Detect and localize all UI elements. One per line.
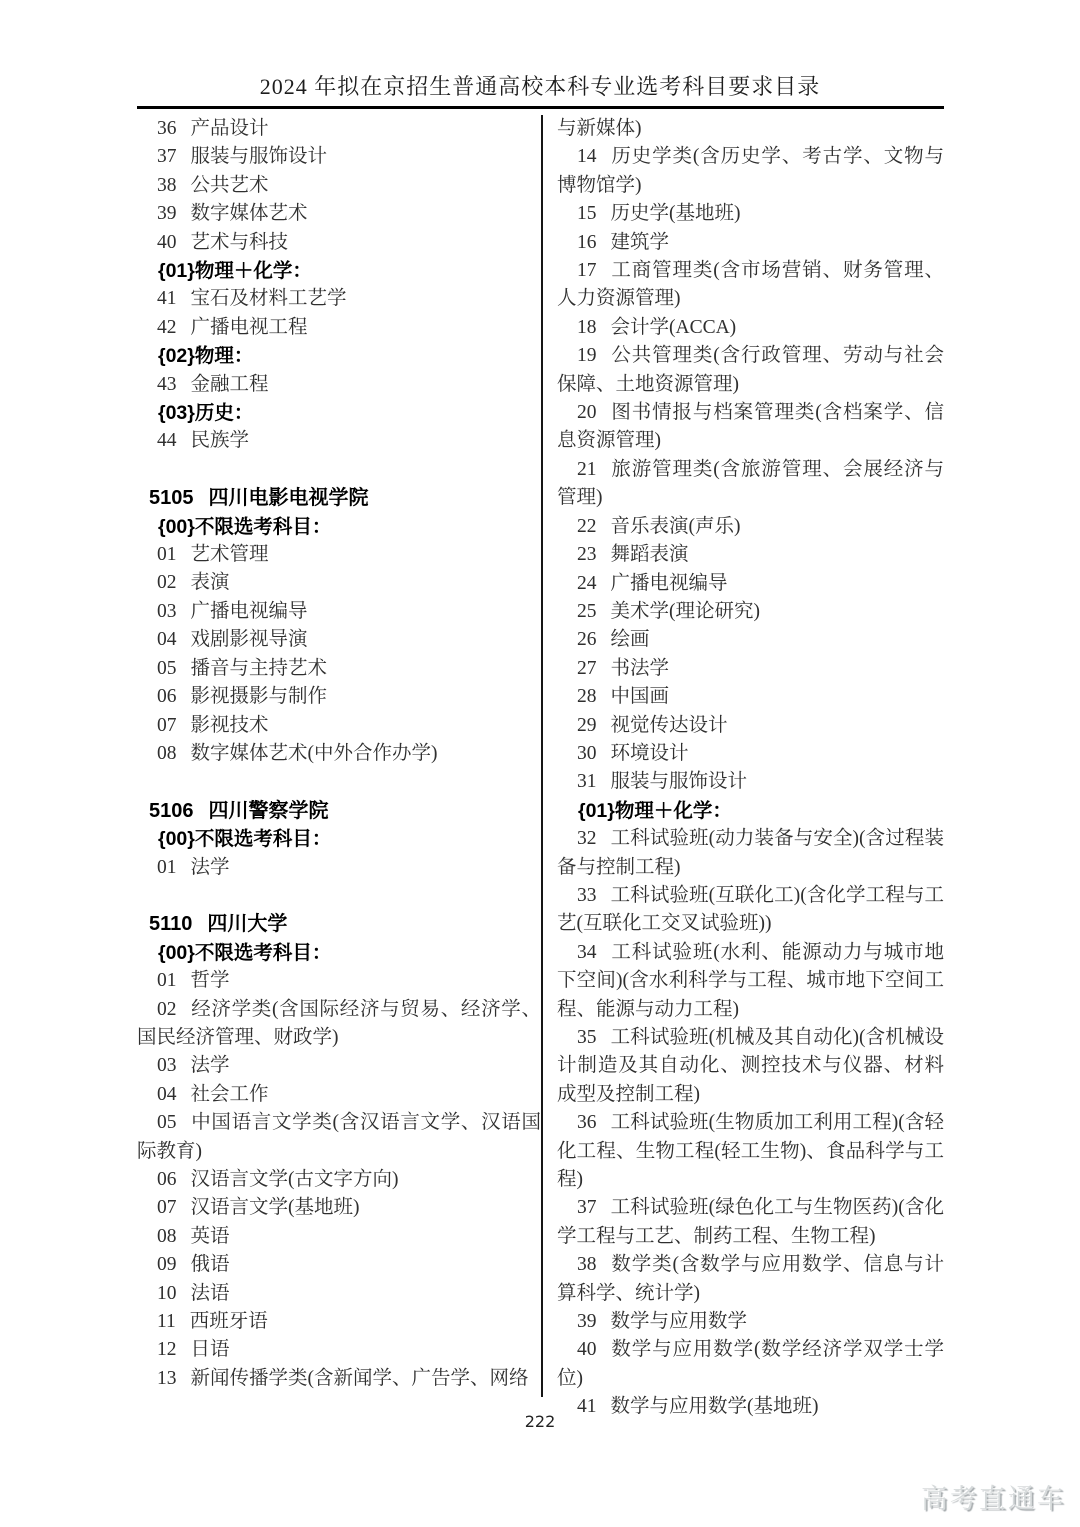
line-code: 03 bbox=[157, 1055, 177, 1076]
catalog-line: 15历史学(基地班) bbox=[557, 200, 944, 228]
line-text: 工商管理类(含市场营销、财务管理、人力资源管理) bbox=[557, 260, 944, 309]
catalog-line: 01法学 bbox=[137, 854, 541, 882]
catalog-line: 02经济学类(含国际经济与贸易、经济学、国民经济管理、财政学) bbox=[137, 996, 541, 1053]
catalog-line: {02}物理： bbox=[137, 342, 541, 370]
line-code: 36 bbox=[157, 118, 177, 139]
line-code: 01 bbox=[157, 544, 177, 565]
line-code: 5110 bbox=[149, 913, 192, 935]
line-code: 11 bbox=[157, 1311, 176, 1332]
line-text: 舞蹈表演 bbox=[611, 544, 689, 565]
line-text: 数学与应用数学(数学经济学双学士学位) bbox=[557, 1339, 944, 1388]
line-text: 四川电影电视学院 bbox=[209, 487, 369, 509]
line-code: 07 bbox=[157, 715, 177, 736]
catalog-line: 44民族学 bbox=[137, 427, 541, 455]
line-text: 建筑学 bbox=[611, 232, 670, 253]
line-code: 27 bbox=[577, 658, 597, 679]
line-text: 表演 bbox=[191, 572, 230, 593]
catalog-line: 02表演 bbox=[137, 569, 541, 597]
line-text: 四川警察学院 bbox=[209, 800, 329, 822]
catalog-line: 05中国语言文学类(含汉语言文学、汉语国际教育) bbox=[137, 1109, 541, 1166]
catalog-line: 5110四川大学 bbox=[137, 910, 541, 938]
catalog-line: {00}不限选考科目： bbox=[137, 939, 541, 967]
catalog-line: 07影视技术 bbox=[137, 712, 541, 740]
catalog-line: 20图书情报与档案管理类(含档案学、信息资源管理) bbox=[557, 399, 944, 456]
line-text: 历史学类(含历史学、考古学、文物与博物馆学) bbox=[557, 146, 944, 195]
line-code: 32 bbox=[577, 828, 597, 849]
line-code: 35 bbox=[577, 1027, 597, 1048]
line-text: 影视技术 bbox=[191, 715, 269, 736]
left-column: 36产品设计37服装与服饰设计38公共艺术39数字媒体艺术40艺术与科技{01}… bbox=[137, 115, 541, 1393]
column-divider bbox=[541, 115, 543, 1397]
line-text: 中国画 bbox=[611, 686, 670, 707]
line-text: 广播电视工程 bbox=[191, 317, 308, 338]
line-code: 33 bbox=[577, 885, 597, 906]
line-text: 艺术管理 bbox=[191, 544, 269, 565]
line-code: 04 bbox=[157, 1084, 177, 1105]
line-text: 汉语言文学(古文字方向) bbox=[191, 1169, 399, 1190]
catalog-line: {03}历史： bbox=[137, 399, 541, 427]
line-code: 40 bbox=[157, 232, 177, 253]
line-code: 02 bbox=[157, 999, 177, 1020]
line-text: 广播电视编导 bbox=[611, 573, 728, 594]
catalog-line: 41宝石及材料工艺学 bbox=[137, 285, 541, 313]
catalog-line bbox=[137, 768, 541, 796]
line-code: 28 bbox=[577, 686, 597, 707]
line-text: 服装与服饰设计 bbox=[191, 146, 328, 167]
line-text: 公共管理类(含行政管理、劳动与社会保障、土地资源管理) bbox=[557, 345, 944, 394]
line-code: 40 bbox=[577, 1339, 597, 1360]
line-code: 20 bbox=[577, 402, 597, 423]
line-code: 05 bbox=[157, 1112, 177, 1133]
line-code: 31 bbox=[577, 771, 597, 792]
catalog-line: 37服装与服饰设计 bbox=[137, 143, 541, 171]
line-text: 工科试验班(动力装备与安全)(含过程装备与控制工程) bbox=[557, 828, 944, 877]
line-text: 日语 bbox=[191, 1339, 230, 1360]
line-code: 5105 bbox=[149, 487, 194, 509]
catalog-line: 43金融工程 bbox=[137, 371, 541, 399]
line-code: 34 bbox=[577, 942, 597, 963]
catalog-line: 31服装与服饰设计 bbox=[557, 768, 944, 796]
line-code: 12 bbox=[157, 1339, 177, 1360]
line-code: 06 bbox=[157, 1169, 177, 1190]
line-text: 社会工作 bbox=[191, 1084, 269, 1105]
line-text: 数字媒体艺术(中外合作办学) bbox=[191, 743, 438, 764]
catalog-line: 33工科试验班(互联化工)(含化学工程与工艺(互联化工交叉试验班)) bbox=[557, 882, 944, 939]
line-text: 法学 bbox=[191, 857, 230, 878]
catalog-line: 42广播电视工程 bbox=[137, 314, 541, 342]
line-code: 42 bbox=[157, 317, 177, 338]
catalog-line: 14历史学类(含历史学、考古学、文物与博物馆学) bbox=[557, 143, 944, 200]
line-text: 西班牙语 bbox=[190, 1311, 268, 1332]
line-text: 视觉传达设计 bbox=[611, 715, 728, 736]
line-code: 29 bbox=[577, 715, 597, 736]
line-text: 工科试验班(水利、能源动力与城市地下空间)(含水利科学与工程、城市地下空间工程、… bbox=[557, 942, 944, 1020]
catalog-line: 18会计学(ACCA) bbox=[557, 314, 944, 342]
line-text: 哲学 bbox=[191, 970, 230, 991]
line-code: 18 bbox=[577, 317, 597, 338]
line-code: 16 bbox=[577, 232, 597, 253]
line-code: 03 bbox=[157, 601, 177, 622]
catalog-line: 与新媒体) bbox=[557, 115, 944, 143]
catalog-line: 19公共管理类(含行政管理、劳动与社会保障、土地资源管理) bbox=[557, 342, 944, 399]
line-text: 法语 bbox=[191, 1283, 230, 1304]
line-text: {03}历史： bbox=[158, 402, 253, 424]
catalog-line: 03广播电视编导 bbox=[137, 598, 541, 626]
line-text: 与新媒体) bbox=[557, 118, 642, 139]
line-text: {00}不限选考科目： bbox=[158, 516, 331, 538]
line-text: 广播电视编导 bbox=[191, 601, 308, 622]
line-text: 俄语 bbox=[191, 1254, 230, 1275]
catalog-line: 27书法学 bbox=[557, 655, 944, 683]
catalog-line: 13新闻传播学类(含新闻学、广告学、网络 bbox=[137, 1365, 541, 1393]
catalog-line: 32工科试验班(动力装备与安全)(含过程装备与控制工程) bbox=[557, 825, 944, 882]
catalog-line: 26绘画 bbox=[557, 626, 944, 654]
catalog-line: 5105四川电影电视学院 bbox=[137, 484, 541, 512]
line-text: {01}物理＋化学： bbox=[578, 800, 732, 822]
line-text: 法学 bbox=[191, 1055, 230, 1076]
line-text: 播音与主持艺术 bbox=[191, 658, 328, 679]
catalog-line: 38公共艺术 bbox=[137, 172, 541, 200]
catalog-line: 30环境设计 bbox=[557, 740, 944, 768]
line-text: 书法学 bbox=[611, 658, 670, 679]
line-code: 14 bbox=[577, 146, 597, 167]
catalog-line: 08数字媒体艺术(中外合作办学) bbox=[137, 740, 541, 768]
catalog-line: 34工科试验班(水利、能源动力与城市地下空间)(含水利科学与工程、城市地下空间工… bbox=[557, 939, 944, 1024]
line-code: 38 bbox=[157, 175, 177, 196]
catalog-line: 39数学与应用数学 bbox=[557, 1308, 944, 1336]
catalog-line: 05播音与主持艺术 bbox=[137, 655, 541, 683]
line-code: 15 bbox=[577, 203, 597, 224]
line-text: 工科试验班(机械及其自动化)(含机械设计制造及其自动化、测控技术与仪器、材料成型… bbox=[557, 1027, 944, 1105]
line-code: 24 bbox=[577, 573, 597, 594]
line-text: 服装与服饰设计 bbox=[611, 771, 748, 792]
catalog-line: {00}不限选考科目： bbox=[137, 825, 541, 853]
line-text: 艺术与科技 bbox=[191, 232, 289, 253]
catalog-line: 25美术学(理论研究) bbox=[557, 598, 944, 626]
line-code: 06 bbox=[157, 686, 177, 707]
header-rule bbox=[137, 106, 944, 109]
line-code: 19 bbox=[577, 345, 597, 366]
catalog-line: 12日语 bbox=[137, 1336, 541, 1364]
catalog-line: 40数学与应用数学(数学经济学双学士学位) bbox=[557, 1336, 944, 1393]
line-code: 21 bbox=[577, 459, 597, 480]
line-code: 39 bbox=[577, 1311, 597, 1332]
line-text: {02}物理： bbox=[158, 345, 253, 367]
catalog-line: {00}不限选考科目： bbox=[137, 513, 541, 541]
line-code: 43 bbox=[157, 374, 177, 395]
line-code: 07 bbox=[157, 1197, 177, 1218]
catalog-line: 21旅游管理类(含旅游管理、会展经济与管理) bbox=[557, 456, 944, 513]
catalog-line: 11西班牙语 bbox=[137, 1308, 541, 1336]
line-text: 影视摄影与制作 bbox=[191, 686, 328, 707]
line-code: 37 bbox=[157, 146, 177, 167]
line-text: 新闻传播学类(含新闻学、广告学、网络 bbox=[191, 1368, 529, 1389]
line-code: 08 bbox=[157, 743, 177, 764]
line-text: 美术学(理论研究) bbox=[611, 601, 761, 622]
line-text: 环境设计 bbox=[611, 743, 689, 764]
line-text: 经济学类(含国际经济与贸易、经济学、国民经济管理、财政学) bbox=[137, 999, 541, 1048]
watermark-text: 高考直通车 bbox=[921, 1477, 1066, 1516]
catalog-line: 5106四川警察学院 bbox=[137, 797, 541, 825]
catalog-line: 07汉语言文学(基地班) bbox=[137, 1194, 541, 1222]
line-text: 宝石及材料工艺学 bbox=[191, 288, 347, 309]
catalog-line: 29视觉传达设计 bbox=[557, 712, 944, 740]
line-text: 金融工程 bbox=[191, 374, 269, 395]
line-text: 戏剧影视导演 bbox=[191, 629, 308, 650]
catalog-line: 28中国画 bbox=[557, 683, 944, 711]
line-text: 四川大学 bbox=[207, 913, 287, 935]
line-code: 04 bbox=[157, 629, 177, 650]
line-code: 09 bbox=[157, 1254, 177, 1275]
line-text: 旅游管理类(含旅游管理、会展经济与管理) bbox=[557, 459, 944, 508]
catalog-line: 03法学 bbox=[137, 1052, 541, 1080]
catalog-columns: 36产品设计37服装与服饰设计38公共艺术39数字媒体艺术40艺术与科技{01}… bbox=[137, 115, 944, 1422]
line-text: 英语 bbox=[191, 1226, 230, 1247]
catalog-line: {01}物理＋化学： bbox=[137, 257, 541, 285]
line-code: 38 bbox=[577, 1254, 597, 1275]
catalog-line: 35工科试验班(机械及其自动化)(含机械设计制造及其自动化、测控技术与仪器、材料… bbox=[557, 1024, 944, 1109]
catalog-line: 36工科试验班(生物质加工利用工程)(含轻化工程、生物工程(轻工生物)、食品科学… bbox=[557, 1109, 944, 1194]
line-code: 30 bbox=[577, 743, 597, 764]
page-title: 2024 年拟在京招生普通高校本科专业选考科目要求目录 bbox=[0, 70, 1080, 101]
line-code: 23 bbox=[577, 544, 597, 565]
line-code: 02 bbox=[157, 572, 177, 593]
line-code: 26 bbox=[577, 629, 597, 650]
line-text: 绘画 bbox=[611, 629, 650, 650]
line-code: 10 bbox=[157, 1283, 177, 1304]
line-text: 数学类(含数学与应用数学、信息与计算科学、统计学) bbox=[557, 1254, 944, 1303]
catalog-line: 04社会工作 bbox=[137, 1081, 541, 1109]
catalog-line: 37工科试验班(绿色化工与生物医药)(含化学工程与工艺、制药工程、生物工程) bbox=[557, 1194, 944, 1251]
line-text: {00}不限选考科目： bbox=[158, 828, 331, 850]
line-text: {01}物理＋化学： bbox=[158, 260, 312, 282]
page-number: 222 bbox=[0, 1412, 1080, 1431]
line-code: 01 bbox=[157, 857, 177, 878]
line-text: 数字媒体艺术 bbox=[191, 203, 308, 224]
line-text: 图书情报与档案管理类(含档案学、信息资源管理) bbox=[557, 402, 944, 451]
catalog-line: 04戏剧影视导演 bbox=[137, 626, 541, 654]
catalog-line: 01哲学 bbox=[137, 967, 541, 995]
line-text: 工科试验班(互联化工)(含化学工程与工艺(互联化工交叉试验班)) bbox=[557, 885, 944, 934]
catalog-line: 06汉语言文学(古文字方向) bbox=[137, 1166, 541, 1194]
catalog-line: {01}物理＋化学： bbox=[557, 797, 944, 825]
catalog-line: 06影视摄影与制作 bbox=[137, 683, 541, 711]
line-code: 01 bbox=[157, 970, 177, 991]
catalog-line: 22音乐表演(声乐) bbox=[557, 513, 944, 541]
line-text: 音乐表演(声乐) bbox=[611, 516, 741, 537]
line-code: 39 bbox=[157, 203, 177, 224]
document-page: 2024 年拟在京招生普通高校本科专业选考科目要求目录 36产品设计37服装与服… bbox=[0, 0, 1080, 1527]
catalog-line: 36产品设计 bbox=[137, 115, 541, 143]
line-code: 37 bbox=[577, 1197, 597, 1218]
line-text: 中国语言文学类(含汉语言文学、汉语国际教育) bbox=[137, 1112, 541, 1161]
line-text: 历史学(基地班) bbox=[611, 203, 741, 224]
line-code: 13 bbox=[157, 1368, 177, 1389]
line-code: 25 bbox=[577, 601, 597, 622]
catalog-line: 10法语 bbox=[137, 1280, 541, 1308]
catalog-line: 08英语 bbox=[137, 1223, 541, 1251]
line-text: {00}不限选考科目： bbox=[158, 942, 331, 964]
line-text: 工科试验班(绿色化工与生物医药)(含化学工程与工艺、制药工程、生物工程) bbox=[557, 1197, 944, 1246]
line-code: 5106 bbox=[149, 800, 194, 822]
catalog-line: 40艺术与科技 bbox=[137, 229, 541, 257]
catalog-line: 23舞蹈表演 bbox=[557, 541, 944, 569]
catalog-line bbox=[137, 456, 541, 484]
line-text: 汉语言文学(基地班) bbox=[191, 1197, 360, 1218]
line-text: 民族学 bbox=[191, 430, 250, 451]
catalog-line: 09俄语 bbox=[137, 1251, 541, 1279]
catalog-line: 24广播电视编导 bbox=[557, 570, 944, 598]
line-text: 产品设计 bbox=[191, 118, 269, 139]
line-code: 44 bbox=[157, 430, 177, 451]
line-code: 36 bbox=[577, 1112, 597, 1133]
line-code: 41 bbox=[157, 288, 177, 309]
line-code: 17 bbox=[577, 260, 597, 281]
catalog-line bbox=[137, 882, 541, 910]
catalog-line: 38数学类(含数学与应用数学、信息与计算科学、统计学) bbox=[557, 1251, 944, 1308]
catalog-line: 17工商管理类(含市场营销、财务管理、人力资源管理) bbox=[557, 257, 944, 314]
catalog-line: 16建筑学 bbox=[557, 229, 944, 257]
line-code: 05 bbox=[157, 658, 177, 679]
line-text: 会计学(ACCA) bbox=[611, 317, 737, 338]
catalog-line: 39数字媒体艺术 bbox=[137, 200, 541, 228]
line-text: 工科试验班(生物质加工利用工程)(含轻化工程、生物工程(轻工生物)、食品科学与工… bbox=[557, 1112, 944, 1190]
right-column: 与新媒体)14历史学类(含历史学、考古学、文物与博物馆学)15历史学(基地班)1… bbox=[557, 115, 944, 1422]
catalog-line: 01艺术管理 bbox=[137, 541, 541, 569]
line-code: 08 bbox=[157, 1226, 177, 1247]
line-code: 22 bbox=[577, 516, 597, 537]
line-text: 公共艺术 bbox=[191, 175, 269, 196]
line-text: 数学与应用数学 bbox=[611, 1311, 748, 1332]
